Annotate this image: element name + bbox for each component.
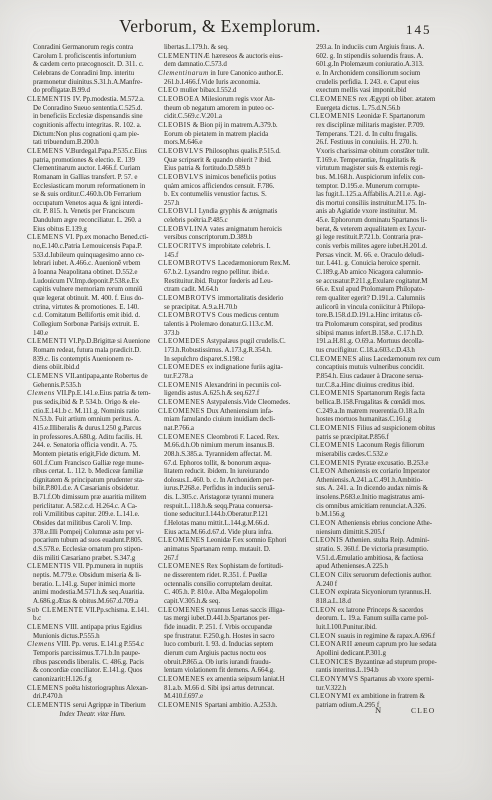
index-text-line: Dictum:Non plus cognationi q.am pie- bbox=[27, 130, 158, 139]
index-entry-line: CLEONIS Athenien. stulta Reip. Admini- bbox=[310, 536, 469, 545]
index-text-line: bilit.P.801.d.e. A Cæsarianis obsidetur. bbox=[27, 484, 158, 493]
index-text-line: iurus.P.268.e. Perfidus in induciis seru… bbox=[158, 484, 300, 493]
index-text-line: lentam violationem fit demens. A.664.g. bbox=[158, 666, 300, 675]
index-text-line: diis militi Cæsariano præbet. S.347.g bbox=[27, 554, 158, 563]
index-entry-line: CLEOMENES ex amentia seipsum laniat.H bbox=[158, 675, 300, 684]
entry-headword: CLEOMENIS bbox=[158, 381, 203, 389]
index-text-line: Gehennis.P.535.h bbox=[27, 381, 158, 390]
entry-headword: CLEOMBROTVS bbox=[158, 311, 216, 319]
index-entry-line: CLEOMEDES Astypalæus pugil crudelis.C. bbox=[158, 337, 300, 346]
index-text-line: litatem reducit. ibidem. In iureiurando bbox=[158, 467, 300, 476]
index-text-line: rantis interitus.L.194.b bbox=[310, 666, 469, 675]
index-entry-line: CLEON Atheniensis ex coriario Imperator bbox=[310, 467, 469, 476]
entry-headword: CLEMENS bbox=[27, 233, 64, 241]
index-text-line: animatus Spartanam remp. mutauit. D. bbox=[158, 545, 300, 554]
index-entry-line: CLEOMENIS Laconum Regis filiorum bbox=[310, 441, 469, 450]
entry-headword: CLEOMBROTVS bbox=[158, 259, 216, 267]
index-text-line: Restituitur.ibid. Ruptor fœderis ad Leu- bbox=[158, 277, 300, 286]
index-text-line: se præcipitat. A.9.a.H.70.b bbox=[158, 303, 300, 312]
index-text-line: beratio. L.141.g. Super inimici morte bbox=[27, 580, 158, 589]
entry-headword: CLEON bbox=[310, 571, 336, 579]
index-text-line: miam famulando ciuium inuidiam decli- bbox=[158, 415, 300, 424]
index-text-line: anis ab Agiatide vxore instituitur. M. bbox=[310, 207, 469, 216]
index-entry-line: CLEMENS poëta historiographus Alexan- bbox=[27, 684, 158, 693]
entry-headword: CLEOMENES bbox=[158, 433, 205, 441]
page-number: 145 bbox=[406, 22, 432, 38]
index-entry-line: CLEOMENIS Leonidæ F. Spartanorum bbox=[310, 112, 469, 121]
index-text-line: Ecclesiasticam morum reformationem in bbox=[27, 182, 158, 191]
index-entry-line: CLEONYMVS Spartanus ab vxore sperni- bbox=[310, 675, 469, 684]
index-text-line: 601.f.Cum Francisco Galliæ rege mune- bbox=[27, 459, 158, 468]
index-text-line: stratio. S. 360.f. De victoria præsumpti… bbox=[310, 545, 469, 554]
index-text-line: Eius obitus E.139.g bbox=[27, 225, 158, 234]
index-text-line: b.M.156.g bbox=[310, 510, 469, 519]
index-text-line: 839.c. Iis contemptis Auenionem re- bbox=[27, 355, 158, 364]
index-text-line: P.854.h. Eius cadauer à Dracone serua- bbox=[310, 372, 469, 381]
index-text-line: conis verbis milites agere iubet.H.201.d… bbox=[310, 242, 469, 251]
index-entry-line: CLEOMENES Rex Sophistam de fortitudi- bbox=[158, 562, 300, 571]
index-text-line: patria, promotiones & electio. E. 139 bbox=[27, 156, 158, 165]
index-text-line: deorum. L. 19.a. Fanum suilla carne pol- bbox=[310, 614, 469, 623]
index-entry-line: CLEON suauis in regimine & rapax.A.696.f bbox=[310, 632, 469, 641]
index-text-line: Ludouicum IV.Imp.deponit.P.538.e.Ex bbox=[27, 277, 158, 286]
index-text-line: theum ob negatum amorem in puteo oc- bbox=[158, 104, 300, 113]
index-text-line: e. In Archonidem consiliorum socium bbox=[310, 69, 469, 78]
index-text-line: & cædem certo præcognoscit. D. 311. c. bbox=[27, 60, 158, 69]
index-text-line: aulicorū in vincula coniicitur à Philopa… bbox=[310, 303, 469, 312]
index-text-line: animi modestia.M.571.h.& seq.Auaritia. bbox=[27, 588, 158, 597]
index-text-line: versibus conscriptorum.D.389.b bbox=[158, 233, 300, 242]
index-text-line: in beneficiis Ecclesiæ dispensandis sine bbox=[27, 112, 158, 121]
index-text-line: libertas.L.179.h. & seq. bbox=[158, 43, 300, 52]
index-text-line: Collegium Sorbonæ Parisijs extruit. E. bbox=[27, 320, 158, 329]
index-text-line: à Ioanna Neapolitana obtinet. D.552.e bbox=[27, 268, 158, 277]
index-text-line: Atheniensis.A.241.a.C.491.h.Ambitio- bbox=[310, 476, 469, 485]
index-text-line: T.169.e. Temperantiæ, frugalitatis & bbox=[310, 156, 469, 165]
index-entry-line: CLEMENTIS IV. Pp.modestia. M.572.a. bbox=[27, 95, 158, 104]
index-text-line: ctrina, virtutes & promotiones. E. 140. bbox=[27, 303, 158, 312]
index-text-line: Temporis parcissimus.T.71.b.In paupe- bbox=[27, 649, 158, 658]
index-entry-line: CLEOBVLI Lyndia gryphis & ænigmatis bbox=[158, 207, 300, 216]
index-text-line: 257.h bbox=[158, 199, 300, 208]
entry-headword: CLEOMENIS bbox=[310, 389, 355, 397]
entry-headword: CLEOMENES bbox=[158, 407, 205, 415]
index-text-line: tur.V.322.h bbox=[310, 684, 469, 693]
index-text-line: cis omnibus amicitiam renunciat.A.326. bbox=[310, 502, 469, 511]
index-entry-line: Sub CLEMENTE VII.Pp.schisma. E.141. bbox=[27, 606, 158, 615]
index-text-line: gi lege restituit.P.721.b. Contraria præ… bbox=[310, 233, 469, 242]
index-text-line: 45.e. Ephororum dominatu Spartanos li- bbox=[310, 216, 469, 225]
index-text-line: dis. L.305.c. Aristagoræ tyranni munera bbox=[158, 493, 300, 502]
index-text-line: c.d. Comitatum Bellifortis emit ibid. d. bbox=[27, 311, 158, 320]
index-text-line: cidit.C.569.c.V.201.a bbox=[158, 112, 300, 121]
entry-headword: CLEOBVLI bbox=[158, 207, 197, 215]
index-entry-line: CLEOMBROTVS Lacedæmoniorum Rex.M. bbox=[158, 259, 300, 268]
index-text-line: virtutum magister suis & externis regi- bbox=[310, 164, 469, 173]
entry-headword: CLEOBOEA bbox=[158, 95, 200, 103]
index-entry-line: CLEONYMI ex ambitione in fratrem & bbox=[310, 692, 469, 701]
index-text-line: 173.h.Robustissimus. A.173.g.R.354.h. bbox=[158, 346, 300, 355]
index-entry-line: CLEOMBROTVS immortalitatis desiderio bbox=[158, 294, 300, 303]
index-text-line: tra Ptolomæum conspirat, sed proditus bbox=[310, 320, 469, 329]
entry-headword: CLEOMBROTVS bbox=[158, 294, 216, 302]
index-text-line: 66.e. Exul apud Ptolomæum Philopato- bbox=[310, 285, 469, 294]
index-text-line: patris se præcipitat.P.856.f bbox=[310, 433, 469, 442]
index-text-line: 601.g.In Ptolemæum coniuratio.A.313. bbox=[310, 60, 469, 69]
index-text-line: 415.e.Illiberalis & durus.I.250 g.Parcus bbox=[27, 424, 158, 433]
index-text-line: temptor. D.195.e. Munerum corrupte- bbox=[310, 182, 469, 191]
entry-headword: CLEOMENES bbox=[158, 536, 205, 544]
index-text-line: exectum mellis vasi imponit.ibid bbox=[310, 86, 469, 95]
entry-headword: Clemens bbox=[27, 389, 55, 397]
index-text-line: In sepulchro disparet.S.198.c bbox=[158, 355, 300, 364]
entry-headword: CLEOMENIS bbox=[310, 424, 355, 432]
index-entry-line: CLEMENTIS VII. Pp.munera in nuptiis bbox=[27, 562, 158, 571]
entry-headword: CLEOMENES bbox=[158, 562, 205, 570]
entry-headword: CLEOBVLVS bbox=[158, 147, 204, 155]
index-text-line: occupatum Venetos aqua & igni interdi- bbox=[27, 199, 158, 208]
index-entry-line: CLEMENS VIII. antipapa prius Egidius bbox=[27, 623, 158, 632]
book-page-scan: Verborum, & Exemplorum. 145 Conradini Ge… bbox=[0, 0, 492, 800]
index-text-line: 373.b bbox=[158, 329, 300, 338]
entry-headword: CLEONIS bbox=[310, 536, 343, 544]
index-text-line: octennalis consilio corruptelam deuitat. bbox=[158, 580, 300, 589]
index-text-line: dem damnatio.C.573.d bbox=[158, 60, 300, 69]
index-text-line: ctram cadit. M.64.h bbox=[158, 285, 300, 294]
entry-headword: CLEONARII bbox=[310, 640, 353, 648]
index-entry-line: CLEOMENIS Spartani ambitio. A.253.h. bbox=[158, 701, 300, 710]
index-entry-line: CLEOMBROTVS Cous medicus centum bbox=[158, 311, 300, 320]
index-text-line: 293.a. In induciis cum Argiuis fraus. A. bbox=[310, 43, 469, 52]
index-text-line: 261.b.I.466.f.Vide Iuris æconomia. bbox=[158, 78, 300, 87]
index-text-line: A.240 f bbox=[310, 580, 469, 589]
index-text-line: b. Ex contumeliis venustior factus. S. bbox=[158, 190, 300, 199]
index-text-line: M.66.d.h.Ob nimium merum insanus.B. bbox=[158, 441, 300, 450]
entry-headword: Clementinarum bbox=[158, 69, 209, 77]
entry-headword: CLEMENTIS bbox=[27, 562, 71, 570]
index-entry-line: CLEOBVLVS inimicos beneficiis potius bbox=[158, 173, 300, 182]
index-text-line: Dandulum ægre reconciliatur. L. 260. a bbox=[27, 216, 158, 225]
entry-headword: CLEOBVLINA bbox=[158, 225, 208, 233]
index-text-line: Eius acta.M.66.d.67.d. Vide plura infra. bbox=[158, 528, 300, 537]
index-text-line: Carolum I. proficiscentis infortunium bbox=[27, 52, 158, 61]
index-text-line: spe frustratur. F.250.g.h. Hostes in sac… bbox=[158, 632, 300, 641]
index-entry-line: CLEOBVLVS Philosophus qualis.P.515.d. bbox=[158, 147, 300, 156]
index-text-line: cognitionis affectu integritas. R. 102. … bbox=[27, 121, 158, 130]
index-text-line: tore.B.158.d.D.191.a.Hinc irritatus cō- bbox=[310, 311, 469, 320]
index-text-line: capitis vulnere memoriam rerum omniū bbox=[27, 285, 158, 294]
page-header-title: Verborum, & Exemplorum. bbox=[100, 16, 340, 37]
index-text-line: luit.I.100.Punitur.ibid. bbox=[310, 623, 469, 632]
index-text-line: dignitatem & principatum prudenter sta- bbox=[27, 476, 158, 485]
index-text-line: do profligatæ.B.99.d bbox=[27, 86, 158, 95]
entry-headword: CLEMENTINÆ bbox=[158, 52, 210, 60]
index-text-line: dri.P.470.h bbox=[27, 692, 158, 701]
index-text-line: Persas vincit. M. 66. e. Oraculo deludi- bbox=[310, 251, 469, 260]
index-entry-line: CLEMENTINÆ hæreseos & auctoris eius- bbox=[158, 52, 300, 61]
index-text-line: Euergeta dictus. L.75.d.N.56.b bbox=[310, 104, 469, 113]
index-text-line: tus crucifigitur. C.18.a.603.c.D.43.h bbox=[310, 346, 469, 355]
index-text-line: se accusatur.P.211.g.Exulare cogitatur.M bbox=[310, 277, 469, 286]
entry-headword: CLEMENS bbox=[27, 372, 64, 380]
entry-headword: CLEON bbox=[310, 632, 336, 640]
index-entry-line: CLEMENS VII.antipapa,ante Robertus de bbox=[27, 372, 158, 381]
index-text-line: Obsides dat militibus Caroli V. Imp. bbox=[27, 519, 158, 528]
index-text-line: N.53.b. Fuit artium omnium peritus. A. bbox=[27, 415, 158, 424]
index-text-line: 145.f bbox=[158, 251, 300, 260]
index-text-line: tione seducitur.I.144.b.Oberatur.P.121 bbox=[158, 510, 300, 519]
entry-headword: Sub CLEMENTE bbox=[27, 606, 84, 614]
index-text-line: C.249.a.In matrem reuerentia.O.18.a.In bbox=[310, 407, 469, 416]
entry-headword: CLEOMENES bbox=[158, 398, 205, 406]
index-text-line: & concordiæ conciliator. E.141.g. Quos bbox=[27, 666, 158, 675]
index-text-line: no,E.140.c.Patria Lemouicensis Papa.P. bbox=[27, 242, 158, 251]
index-entry-line: CLEO mulier bibax.I.552.d bbox=[158, 86, 300, 95]
index-text-line: tati tribuendum.B.200.h bbox=[27, 138, 158, 147]
index-text-line: Munionis dictus.P.555.h bbox=[27, 632, 158, 641]
index-entry-line: CLEOMENES alius Lacedæmonum rex cum bbox=[310, 355, 469, 364]
index-text-line: 208.h.S.385.a. Tyrannidem affectat. M. bbox=[158, 450, 300, 459]
index-text-line: quæ legerat obtinuit. M. 400. f. Eius do… bbox=[27, 294, 158, 303]
index-entry-line: CLEOMENIS Pyratæ excusatio. B.253.e bbox=[310, 459, 469, 468]
catchword: CLEO bbox=[411, 706, 435, 715]
entry-headword: CLEMENTIS bbox=[27, 95, 71, 103]
index-text-line: Eorum ob pietatem in matrem placida bbox=[158, 130, 300, 139]
entry-headword: CLEOMENIS bbox=[158, 701, 203, 709]
index-text-line: cit. P. 815. h. Venetis per Franciscum bbox=[27, 207, 158, 216]
index-entry-line: CLEOMENIS Filius ad suspicionem obitus bbox=[310, 424, 469, 433]
index-entry-line: Clemens VIII. Pp. verus. E.141.g P.554.c bbox=[27, 640, 158, 649]
index-text-line: 191.a.H.81.g. O.69.a. Mortuus decolla- bbox=[310, 337, 469, 346]
index-text-line: C. 405.h. P. 810.e. Alba Megalopolim bbox=[158, 588, 300, 597]
entry-headword: CLEOMENES bbox=[158, 675, 205, 683]
index-text-line: sibipsi manus infert.B.158.e. C.17.h.D. bbox=[310, 329, 469, 338]
index-entry-line: CLEONICES Byzantinæ ad stuprum prope- bbox=[310, 658, 469, 667]
index-text-line: A.686.g.Ætas & obitus.M.667.d.709.a bbox=[27, 597, 158, 606]
index-text-line: V.51.d.Æmulatio ambitiosa, & factiosa bbox=[310, 554, 469, 563]
index-text-line: apud Athenienses.A 225.h bbox=[310, 562, 469, 571]
index-text-line: d.S.578.e. Ecclesiæ ornatum pro stipen- bbox=[27, 545, 158, 554]
index-entry-line: CLEONARII æneum caprum pro lue sedata bbox=[310, 640, 469, 649]
index-text-line: tur.C.8.a.Hinc diuinus creditus ibid. bbox=[310, 381, 469, 390]
index-entry-line: CLEOBVLINA vates ænigmatum heroicis bbox=[158, 225, 300, 234]
index-column-1: Conradini Germanorum regis contraCarolum… bbox=[27, 43, 158, 718]
entry-headword: CLEOMEDES bbox=[158, 337, 205, 345]
index-text-line: nat.P.766.a bbox=[158, 424, 300, 433]
index-text-line: 140.e bbox=[27, 329, 158, 338]
index-text-line: bus. M.168.h. Auspiciorum infelix con- bbox=[310, 173, 469, 182]
index-entry-line: CLEOMENES Astypalensis.Vide Cleomedes. bbox=[158, 398, 300, 407]
index-entry-line: Clementinarum in Iure Canonico author.E. bbox=[158, 69, 300, 78]
index-text-line: talentis à Ptolemæo donatur.G.113.c.M. bbox=[158, 320, 300, 329]
index-text-line: B.71.f.Ob dimissum præ auaritia militem bbox=[27, 493, 158, 502]
index-entry-line: CLEOMENES Leonidæ F.ex somnio Ephori bbox=[158, 536, 300, 545]
entry-headword: CLEOMEDES bbox=[158, 363, 205, 371]
index-text-line: De Conradino Sueuo sententia.C.525.d. bbox=[27, 104, 158, 113]
index-text-line: C.189.g.Ab amico Nicagora calumnio- bbox=[310, 268, 469, 277]
index-text-line: rex disciplinæ militaris magister. P.709… bbox=[310, 121, 469, 130]
index-entry-line: CLEMENTI VI.Pp.D.Brigittæ si Auenione bbox=[27, 337, 158, 346]
index-text-line: 267.f bbox=[158, 554, 300, 563]
index-text-line: M.410.f.697.e bbox=[158, 692, 300, 701]
index-text-line: insolens.P.683.e.Initio magistratus ami- bbox=[310, 493, 469, 502]
index-text-line: hostes mortuos humanitas.C.161.g bbox=[310, 415, 469, 424]
index-text-line: fide inuadit. P. 251. f. Vrbis occupandæ bbox=[158, 623, 300, 632]
entry-headword: CLEOMENIS bbox=[310, 441, 355, 449]
index-text-line: Montem pietatis erigit,Fide dictum. M. bbox=[27, 450, 158, 459]
index-text-line: dolosus.L.460. b. c. In Archonidem per- bbox=[158, 476, 300, 485]
index-text-line: ligendis astus.A.625.h.& seq.627.f bbox=[158, 389, 300, 398]
index-text-line: roli V.militibus capitur. 209.e. L.141.e… bbox=[27, 510, 158, 519]
index-text-line: b.c bbox=[27, 614, 158, 623]
index-text-line: se & suis orditur.C.460.h.Ob Ferrarium bbox=[27, 190, 158, 199]
entry-headword: CLEONYMVS bbox=[310, 675, 359, 683]
index-text-line: diens obiit.ibid.d bbox=[27, 363, 158, 372]
index-text-line: quàm amicos afficiendos censuit. F.786. bbox=[158, 182, 300, 191]
index-text-line: bellica.B.158.Frugalitas & cœnādi mos. bbox=[310, 398, 469, 407]
index-text-line: concaptiuis mutuis vulneribus concidit. bbox=[310, 363, 469, 372]
index-column-3: 293.a. In induciis cum Argiuis fraus. A.… bbox=[310, 43, 469, 710]
index-entry-line: CLEMENS VI. Pp.ex monacho Bened.cti- bbox=[27, 233, 158, 242]
index-text-line: crudelis perfidia. I. 243. e. Caput eius bbox=[310, 78, 469, 87]
index-text-line: Vxoris charissimæ obitum constāter tulit… bbox=[310, 147, 469, 156]
entry-headword: CLEONYMI bbox=[310, 692, 351, 700]
index-text-line: Index Theatr. vitæ Hum. bbox=[27, 710, 158, 719]
entry-headword: CLEOMENES bbox=[158, 606, 205, 614]
entry-headword: CLEMENS bbox=[27, 147, 64, 155]
index-entry-line: CLEOBIS & Bion pij in matrem.A.379.b. bbox=[158, 121, 300, 130]
index-text-line: ribus certat. L. 112. b. Mediceæ familiæ bbox=[27, 467, 158, 476]
index-text-line: præmonetur diuinitus.S.31.h.A.Manfre- bbox=[27, 78, 158, 87]
index-entry-line: Clemens VII.Pp.E.141.e.Eius patria & tem… bbox=[27, 389, 158, 398]
index-text-line: in professores.A.680.g. Aditu facilis. H… bbox=[27, 433, 158, 442]
entry-headword: CLEONICES bbox=[310, 658, 353, 666]
index-entry-line: CLEOMENES tyrannus Lenas saccis illiga- bbox=[158, 606, 300, 615]
index-text-line: mors.M.646.e bbox=[158, 138, 300, 147]
index-entry-line: CLEOMENES rex Ægypti ob liber. ætatem bbox=[310, 95, 469, 104]
index-entry-line: CLEOMENES Cleombroti F. Laced. Rex. bbox=[158, 433, 300, 442]
index-text-line: 67.d. Ephoros tollit, & bonorum æqua- bbox=[158, 459, 300, 468]
index-text-line: las fugit.L.125.a.Affabilis.A.211.e. Agi… bbox=[310, 190, 469, 199]
index-text-line: 67.b.2. Lysandro regno pellitur. ibid.e. bbox=[158, 268, 300, 277]
index-text-line: 244. e. Senatoria officia vendit. A. 75. bbox=[27, 441, 158, 450]
entry-headword: CLEON bbox=[310, 606, 336, 614]
index-text-line: capit.V.305.h.& seq. bbox=[158, 597, 300, 606]
index-text-line: respuit.L.118.h.& seqq.Praua conuersa- bbox=[158, 502, 300, 511]
index-text-line: patriam odium.A.295 f bbox=[310, 701, 469, 710]
index-entry-line: CLEON Cilix seruorum defectionis author. bbox=[310, 571, 469, 580]
index-text-line: ctio.E.141.b c. M.111.g. Nominis ratio bbox=[27, 407, 158, 416]
index-text-line: tur.F.278.a bbox=[158, 372, 300, 381]
index-text-line: dis mortui consiliis instruitur.M.175. I… bbox=[310, 199, 469, 208]
entry-headword: CLEON bbox=[310, 467, 336, 475]
index-entry-line: CLEOMENIS Alexandrini in pecuniis col- bbox=[158, 381, 300, 390]
entry-headword: CLEMENTI bbox=[27, 337, 67, 345]
index-text-line: 26.f. Festiuus in conuiuiis. H. 270. h. bbox=[310, 138, 469, 147]
index-text-line: Conradini Germanorum regis contra bbox=[27, 43, 158, 52]
index-text-line: celebris poëtria.P.485.c bbox=[158, 216, 300, 225]
index-text-line: lebrari iubet. A.466.c. Auenionē vrbem bbox=[27, 259, 158, 268]
index-text-line: ribus pascendis liberalis. C. 486.g. Pac… bbox=[27, 658, 158, 667]
index-text-line: tas mergi iubet.D.441.b.Spartanos per- bbox=[158, 614, 300, 623]
index-text-line: Celebrans de Conradini Imp. interitu bbox=[27, 69, 158, 78]
index-text-line: 81.a.b. M.66 d. Sibi ipsi artus detrunca… bbox=[158, 684, 300, 693]
index-entry-line: CLEOMEDES ex indignatione furiis agita- bbox=[158, 363, 300, 372]
index-text-line: luco comburit. I. 93. d. Inducias septem bbox=[158, 640, 300, 649]
index-text-line: Apollini dedicant.P.301.g bbox=[310, 649, 469, 658]
index-text-line: pocarium tubum ad suos euadunt.P.805. bbox=[27, 536, 158, 545]
index-text-line: Quæ scripserit & quando obierit ? ibid. bbox=[158, 156, 300, 165]
index-text-line: canonizarit:H.126.f g bbox=[27, 675, 158, 684]
index-text-line: neptis. M.779.e. Obsidum miseria & li- bbox=[27, 571, 158, 580]
index-text-line: periclitatur. A.582.c.d. H.264.c. A Ca- bbox=[27, 502, 158, 511]
index-entry-line: CLEMENTIS serui Agrippæ in Tiberium bbox=[27, 701, 158, 710]
entry-headword: CLEOBIS bbox=[158, 121, 191, 129]
index-text-line: obruit.P.865.a. Ob iuris iurandi fraudu- bbox=[158, 658, 300, 667]
index-text-line: dierum cum Argiuis pactus noctu eos bbox=[158, 649, 300, 658]
index-text-line: miserabilis cædes.C.532.e bbox=[310, 450, 469, 459]
index-text-line: 602. g. In stipendiis soluendis fraus. A… bbox=[310, 52, 469, 61]
entry-headword: CLEOMENIS bbox=[310, 112, 355, 120]
index-entry-line: CLEON ex latrone Princeps & sacerdos bbox=[310, 606, 469, 615]
index-text-line: pus sedis,ibid & P. 534.b. Origo & ele- bbox=[27, 398, 158, 407]
entry-headword: CLEOMENIS bbox=[310, 459, 355, 467]
index-column-2: libertas.L.179.h. & seq.CLEMENTINÆ hæres… bbox=[158, 43, 300, 710]
index-text-line: niensium dimittit.S.205.f bbox=[310, 528, 469, 537]
entry-headword: CLEMENTIS bbox=[27, 701, 71, 709]
index-text-line: Romam redeat, futura mala prædicit.D. bbox=[27, 346, 158, 355]
index-entry-line: CLEOCRITVS improbitate celebris. I. bbox=[158, 242, 300, 251]
index-text-line: 818.a.L.18.d bbox=[310, 597, 469, 606]
index-text-line: Clementinarum auctor. I.466.f. Curiam bbox=[27, 164, 158, 173]
index-text-line: 378.e.Illi Pompeij Columnæ astu per vi- bbox=[27, 528, 158, 537]
index-text-line: berat, & veterem æqualitatem ex Lycur- bbox=[310, 225, 469, 234]
index-entry-line: CLEOMENES Dux Atheniensium infa- bbox=[158, 407, 300, 416]
index-text-line: 533.d.Iubileum quinquagesimo anno ce- bbox=[27, 251, 158, 260]
entry-headword: CLEON bbox=[310, 519, 336, 527]
index-entry-line: CLEOMENIS Spartanorum Regis facta bbox=[310, 389, 469, 398]
entry-headword: CLEON bbox=[310, 588, 336, 596]
entry-headword: CLEMENS bbox=[27, 684, 64, 692]
entry-headword: CLEOCRITVS bbox=[158, 242, 207, 250]
index-text-line: Temperans. T.21. d. In cultu frugalis. bbox=[310, 130, 469, 139]
entry-headword: CLEOBVLVS bbox=[158, 173, 204, 181]
index-entry-line: CLEOBOEA Milesiorum regis vxor An- bbox=[158, 95, 300, 104]
entry-headword: CLEOMENES bbox=[310, 355, 357, 363]
signature-mark: N bbox=[375, 705, 381, 715]
index-text-line: rem qualiter egerit? D.191.a. Calumniis bbox=[310, 294, 469, 303]
index-text-line: sus. A. 241. a. In dicendo audax nimis & bbox=[310, 484, 469, 493]
index-text-line: f.Helotas manu mittit.L.144.g.M.66.d. bbox=[158, 519, 300, 528]
index-text-line: Romanam in Gallias transfert. P. 57. e bbox=[27, 173, 158, 182]
index-text-line: tur. I.441. g. Conuicia heroice spernit. bbox=[310, 259, 469, 268]
index-entry-line: CLEON expirata Sicyoniorum tyrannus.H. bbox=[310, 588, 469, 597]
entry-headword: CLEOMENES bbox=[310, 95, 357, 103]
entry-headword: CLEO bbox=[158, 86, 178, 94]
index-entry-line: CLEON Atheniensis ebrius concione Athe- bbox=[310, 519, 469, 528]
entry-headword: Clemens bbox=[27, 640, 55, 648]
entry-headword: CLEMENS bbox=[27, 623, 64, 631]
index-entry-line: CLEMENS V.Burdegal.Papa.P.535.c.Eius bbox=[27, 147, 158, 156]
index-text-line: ne disserentem ridet. R.351. f. Puellæ bbox=[158, 571, 300, 580]
index-text-line: Eius patria & fortitudo.D.589.b bbox=[158, 164, 300, 173]
